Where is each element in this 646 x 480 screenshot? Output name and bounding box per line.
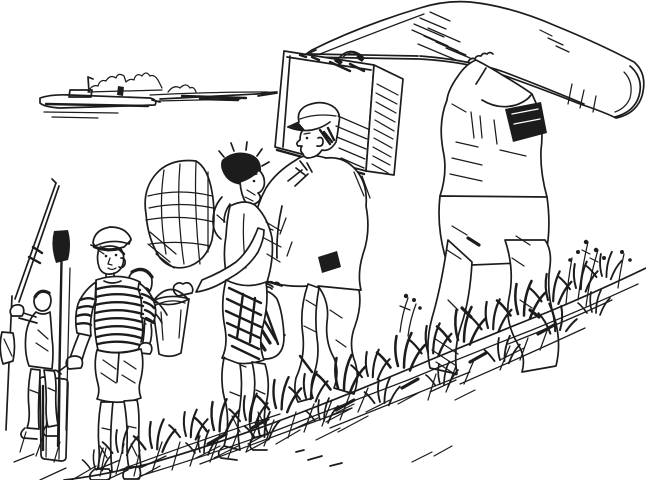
plaid-bundle [145,161,214,268]
illustration-canvas [0,0,646,480]
illustration-page [0,0,646,480]
